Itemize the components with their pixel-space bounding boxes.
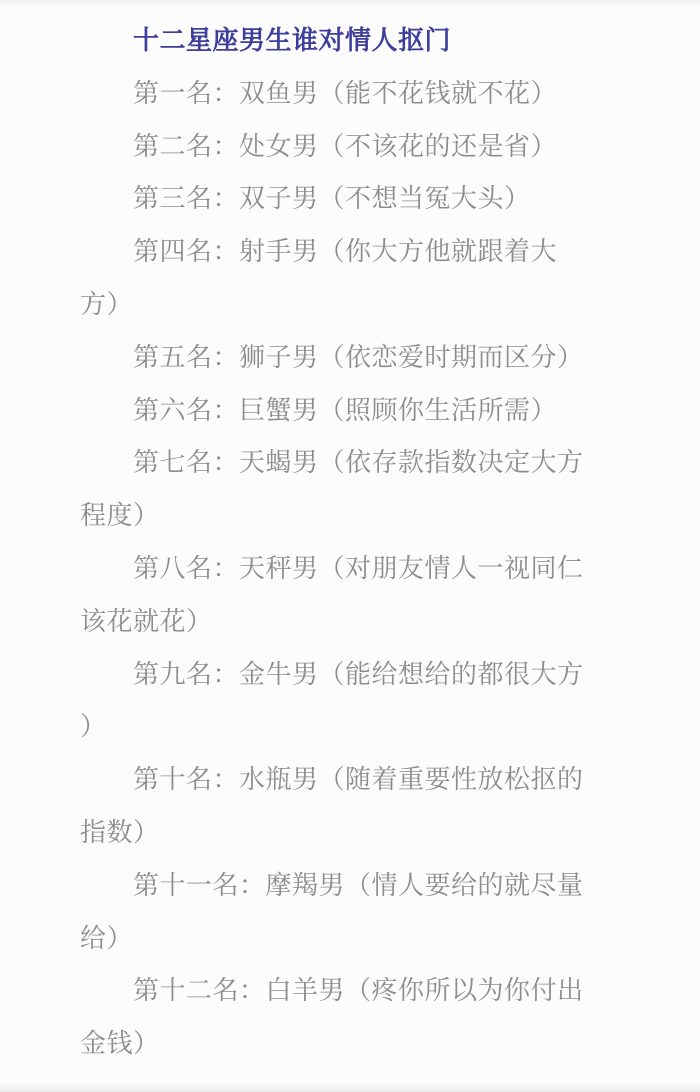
- entry-line: 第七名：天蝎男（依存款指数决定大方: [80, 437, 590, 490]
- entry-7: 第七名：天蝎男（依存款指数决定大方 程度）: [80, 437, 590, 543]
- entry-line: 第五名：狮子男（依恋爱时期而区分）: [80, 332, 590, 385]
- entry-10: 第十名：水瓶男（随着重要性放松抠的 指数）: [80, 754, 590, 860]
- article-title: 十二星座男生谁对情人抠门: [80, 15, 590, 68]
- entry-line: 第二名：处女男（不该花的还是省）: [80, 121, 590, 174]
- entry-line-continuation: 该花就花）: [80, 596, 590, 649]
- bottom-edge-shade: [0, 1083, 700, 1092]
- entry-line: 第十一名：摩羯男（情人要给的就尽量: [80, 860, 590, 913]
- entry-line: 第一名：双鱼男（能不花钱就不花）: [80, 68, 590, 121]
- entry-8: 第八名：天秤男（对朋友情人一视同仁 该花就花）: [80, 543, 590, 649]
- entry-line: 第九名：金牛男（能给想给的都很大方: [80, 649, 590, 702]
- entry-11: 第十一名：摩羯男（情人要给的就尽量 给）: [80, 860, 590, 966]
- entry-line: 第十名：水瓶男（随着重要性放松抠的: [80, 754, 590, 807]
- entry-1: 第一名：双鱼男（能不花钱就不花）: [80, 68, 590, 121]
- entry-line: 第六名：巨蟹男（照顾你生活所需）: [80, 385, 590, 438]
- entry-12: 第十二名：白羊男（疼你所以为你付出 金钱）: [80, 965, 590, 1071]
- entry-line: 第十二名：白羊男（疼你所以为你付出: [80, 965, 590, 1018]
- entry-2: 第二名：处女男（不该花的还是省）: [80, 121, 590, 174]
- entry-line-continuation: 给）: [80, 913, 590, 966]
- entry-5: 第五名：狮子男（依恋爱时期而区分）: [80, 332, 590, 385]
- entry-line-continuation: 方）: [80, 279, 590, 332]
- article-content: 十二星座男生谁对情人抠门 第一名：双鱼男（能不花钱就不花） 第二名：处女男（不该…: [0, 0, 700, 1071]
- entry-4: 第四名：射手男（你大方他就跟着大 方）: [80, 226, 590, 332]
- entry-line-continuation: 指数）: [80, 807, 590, 860]
- entry-line-continuation: ）: [80, 701, 590, 754]
- entry-line-continuation: 程度）: [80, 490, 590, 543]
- entry-9: 第九名：金牛男（能给想给的都很大方 ）: [80, 649, 590, 755]
- top-edge-shade: [0, 0, 700, 7]
- entry-line: 第四名：射手男（你大方他就跟着大: [80, 226, 590, 279]
- entry-line-continuation: 金钱）: [80, 1018, 590, 1071]
- entry-6: 第六名：巨蟹男（照顾你生活所需）: [80, 385, 590, 438]
- entry-3: 第三名：双子男（不想当冤大头）: [80, 173, 590, 226]
- entry-line: 第八名：天秤男（对朋友情人一视同仁: [80, 543, 590, 596]
- entry-line: 第三名：双子男（不想当冤大头）: [80, 173, 590, 226]
- article-page: 十二星座男生谁对情人抠门 第一名：双鱼男（能不花钱就不花） 第二名：处女男（不该…: [0, 0, 700, 1092]
